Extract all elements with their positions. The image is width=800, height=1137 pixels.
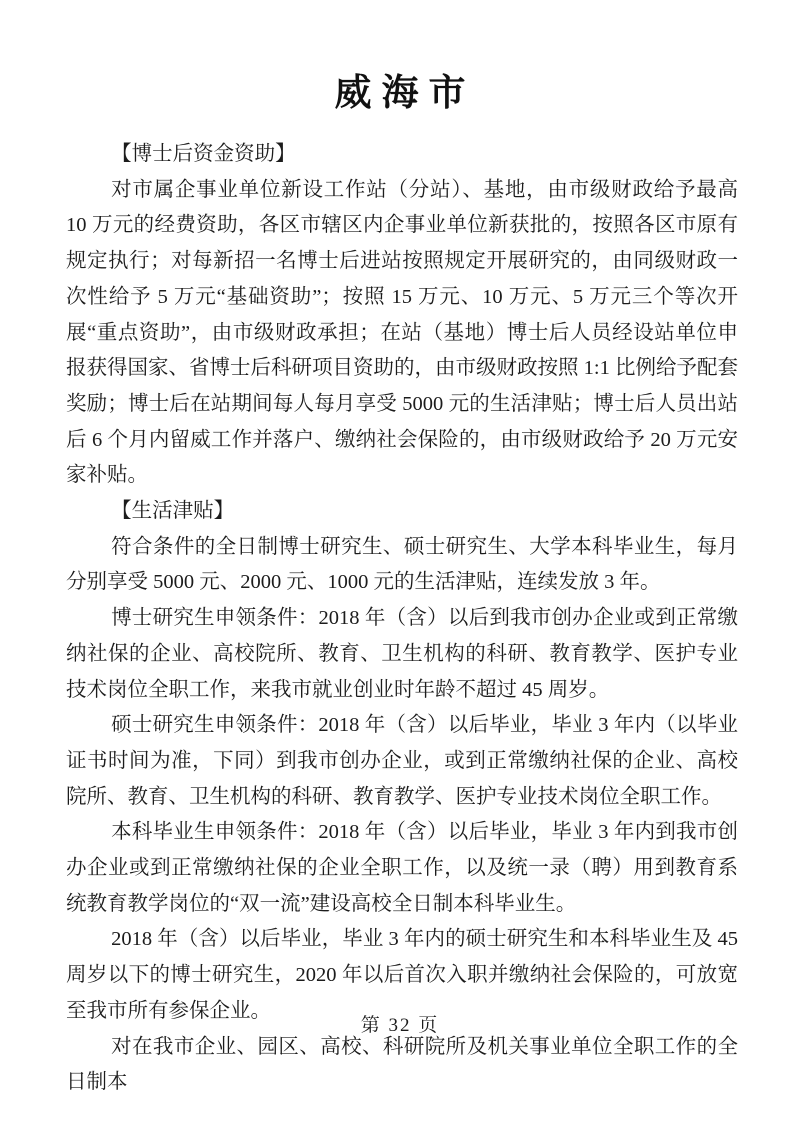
document-page: 威海市 【博士后资金资助】 对市属企事业单位新设工作站（分站）、基地，由市级财政… xyxy=(0,0,800,1137)
paragraph-fulltime-work-continued: 对在我市企业、园区、高校、科研院所及机关事业单位全职工作的全日制本 xyxy=(66,1030,738,1101)
section-heading-living-allowance: 【生活津贴】 xyxy=(66,494,738,530)
page-number: 第 32 页 xyxy=(0,1010,800,1037)
paragraph-master-eligibility: 硕士研究生申领条件：2018 年（含）以后毕业，毕业 3 年内（以毕业证书时间为… xyxy=(66,708,738,815)
paragraph-doctoral-eligibility: 博士研究生申领条件：2018 年（含）以后到我市创办企业或到正常缴纳社保的企业、… xyxy=(66,601,738,708)
paragraph-postdoc-funding-detail: 对市属企事业单位新设工作站（分站）、基地，由市级财政给予最高 10 万元的经费资… xyxy=(66,173,738,494)
section-heading-postdoc-funding: 【博士后资金资助】 xyxy=(66,137,738,173)
document-body: 【博士后资金资助】 对市属企事业单位新设工作站（分站）、基地，由市级财政给予最高… xyxy=(66,137,738,1101)
paragraph-allowance-overview: 符合条件的全日制博士研究生、硕士研究生、大学本科毕业生，每月分别享受 5000 … xyxy=(66,530,738,601)
document-title: 威海市 xyxy=(0,62,800,116)
paragraph-bachelor-eligibility: 本科毕业生申领条件：2018 年（含）以后毕业，毕业 3 年内到我市创办企业或到… xyxy=(66,815,738,922)
